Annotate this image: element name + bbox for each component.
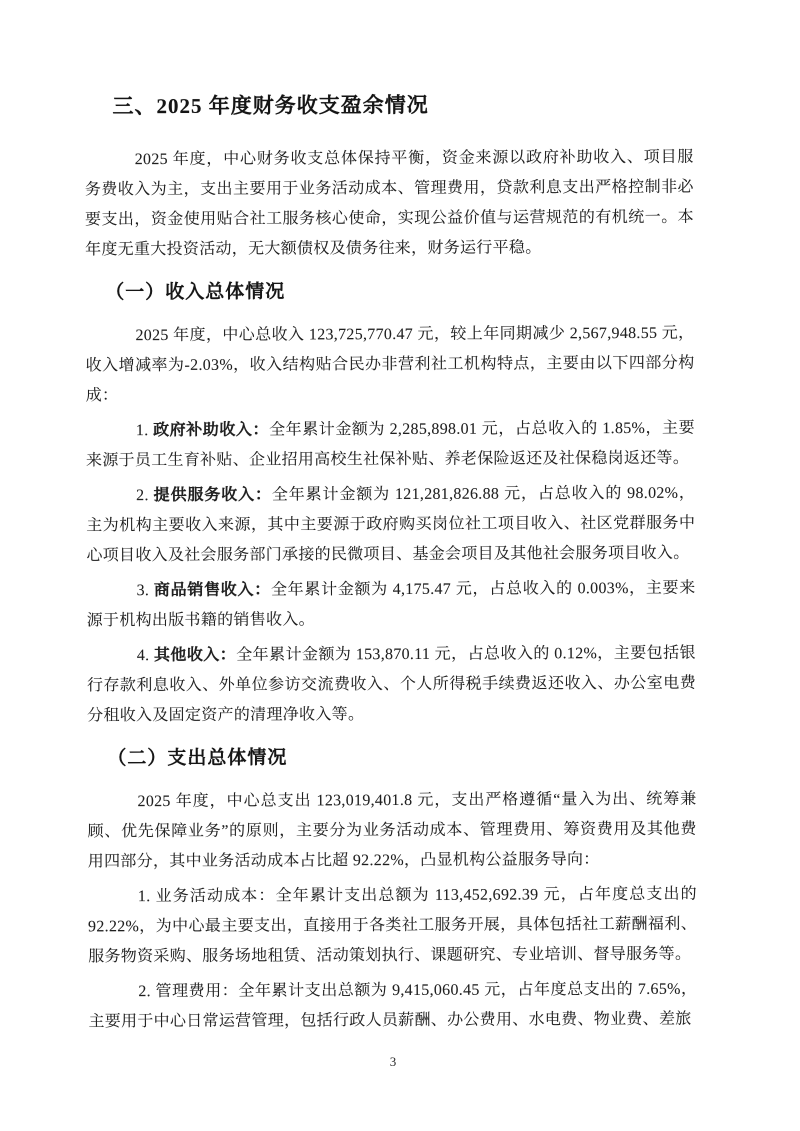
income-lead-paragraph: 2025 年度，中心总收入 123,725,770.47 元，较上年同期减少 2… (85, 319, 694, 412)
page-title: 三、2025 年度财务收支盈余情况 (112, 89, 693, 122)
item-number: 4. (137, 647, 154, 664)
expense-lead-paragraph: 2025 年度，中心总支出 123,019,401.8 元，支出严格遵循“量入为… (87, 785, 696, 878)
intro-paragraph: 2025 年度，中心财务收支总体保持平衡，资金来源以政府补助收入、项目服务费收入… (85, 143, 695, 266)
item-label: 政府补助收入： (153, 422, 269, 440)
item-number: 2. (138, 983, 155, 1000)
income-item-2: 2. 提供服务收入：全年累计金额为 121,281,826.88 元，占总收入的… (86, 479, 695, 572)
page-footer: 3 (0, 1053, 793, 1071)
income-item-3: 3. 商品销售收入：全年累计金额为 4,175.47 元，占总收入的 0.003… (87, 574, 696, 637)
item-number: 1. (138, 888, 156, 905)
expense-section: （二）支出总体情况 2025 年度，中心总支出 123,019,401.8 元，… (87, 743, 697, 1038)
item-label: 提供服务收入： (154, 487, 272, 505)
expense-section-heading: （二）支出总体情况 (107, 743, 696, 774)
page-number: 3 (390, 1054, 397, 1069)
income-item-1: 1. 政府补助收入：全年累计金额为 2,285,898.01 元，占总收入的 1… (86, 414, 695, 477)
expense-item-2: 2. 管理费用：全年累计支出总额为 9,415,060.45 元，占年度总支出的… (88, 975, 697, 1038)
item-label: 管理费用： (155, 983, 238, 1000)
item-label: 业务活动成本： (156, 888, 276, 906)
item-label: 商品销售收入： (154, 582, 271, 600)
item-number: 1. (136, 422, 153, 439)
item-label: 其他收入： (154, 647, 236, 664)
item-number: 3. (137, 582, 154, 599)
income-item-4: 4. 其他收入：全年累计金额为 153,870.11 元，占总收入的 0.12%… (87, 639, 696, 732)
expense-item-1: 1. 业务活动成本：全年累计支出总额为 113,452,692.39 元，占年度… (88, 880, 697, 973)
income-section-heading: （一）收入总体情况 (105, 277, 694, 308)
income-section: （一）收入总体情况 2025 年度，中心总收入 123,725,770.47 元… (85, 277, 696, 732)
item-number: 2. (136, 487, 154, 504)
document-page: 三、2025 年度财务收支盈余情况 2025 年度，中心财务收支总体保持平衡，资… (0, 0, 800, 1131)
